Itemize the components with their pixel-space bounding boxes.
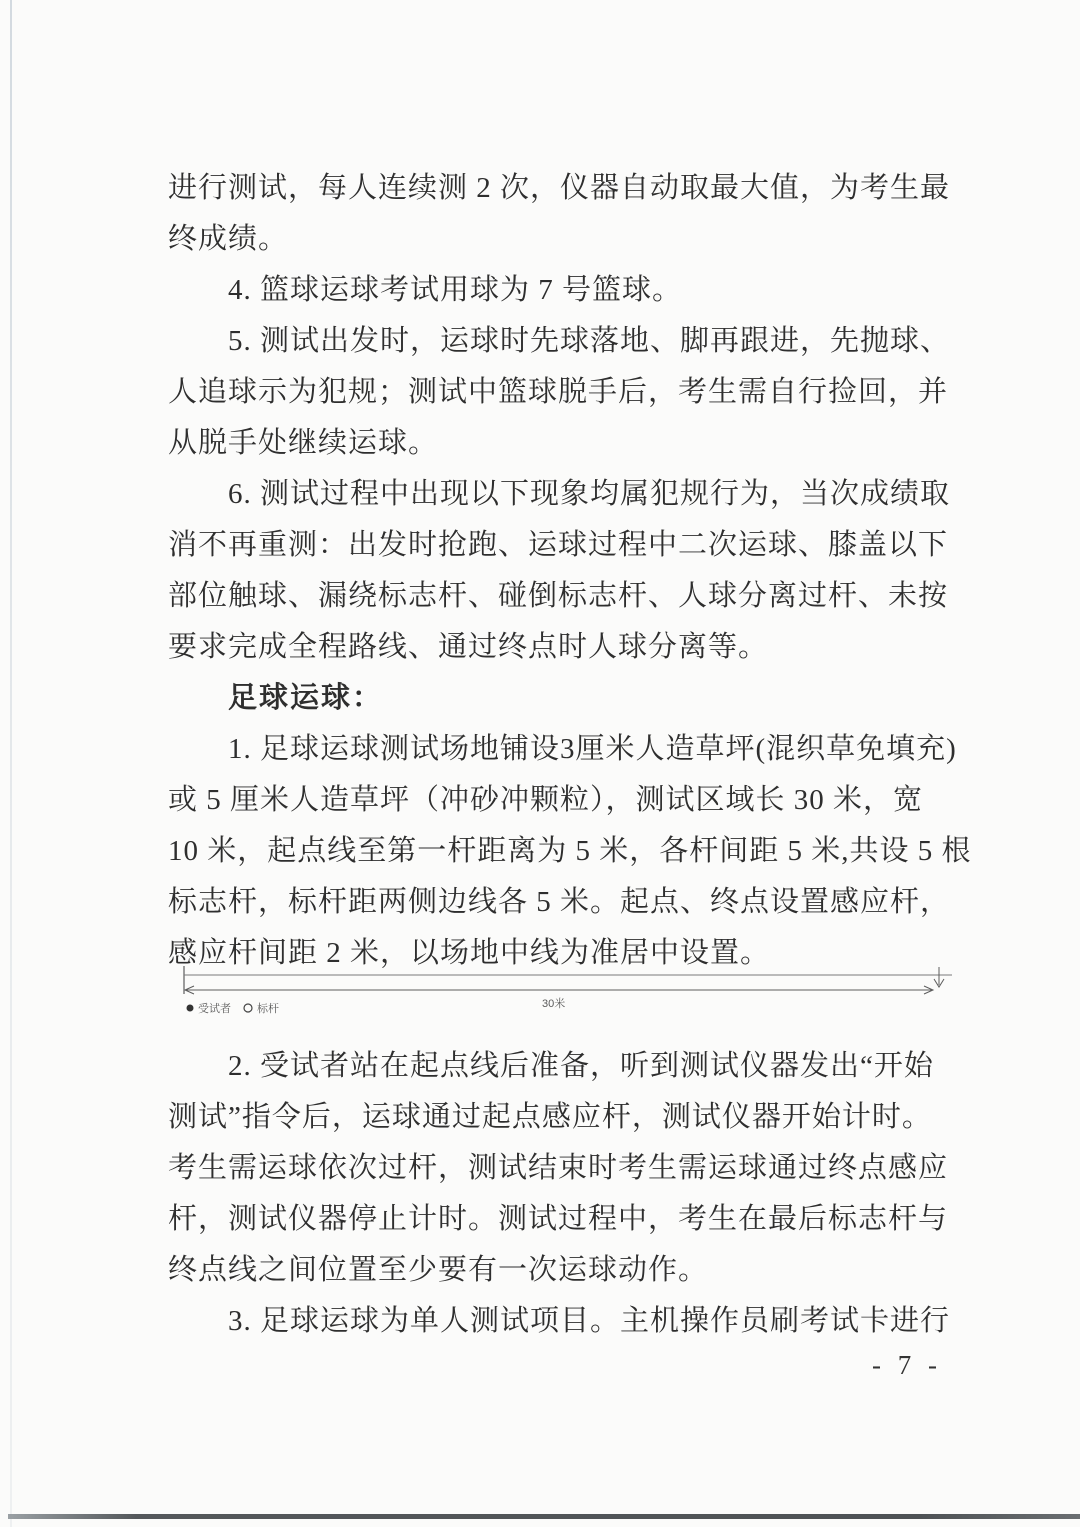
text-line: 10 米，起点线至第一杆距离为 5 米，各杆间距 5 米,共设 5 根 (168, 826, 952, 877)
text-line: 1. 足球运球测试场地铺设3厘米人造草坪(混织草免填充) (168, 724, 952, 775)
field-length-diagram: 30米 受试者 标杆 (180, 966, 960, 1021)
text-line: 5. 测试出发时，运球时先球落地、脚再跟进，先抛球、 (168, 316, 952, 367)
page-number: - 7 - (872, 1350, 942, 1381)
text-line: 4. 篮球运球考试用球为 7 号篮球。 (168, 265, 952, 316)
text-line: 6. 测试过程中出现以下现象均属犯规行为，当次成绩取 (168, 469, 952, 520)
examinee-dot-icon (187, 1005, 194, 1012)
text-line: 标志杆，标杆距两侧边线各 5 米。起点、终点设置感应杆， (168, 877, 952, 928)
text-line: 部位触球、漏绕标志杆、碰倒标志杆、人球分离过杆、未按 (168, 571, 952, 622)
text-line: 杆，测试仪器停止计时。测试过程中，考生在最后标志杆与 (168, 1194, 952, 1245)
text-line: 进行测试，每人连续测 2 次，仪器自动取最大值，为考生最 (168, 163, 952, 214)
text-line: 3. 足球运球为单人测试项目。主机操作员刷考试卡进行 (168, 1296, 952, 1347)
scanned-document-page: { "page": { "background_color": "#fbfbfa… (0, 0, 1080, 1527)
scan-edge-left (10, 0, 12, 1527)
text-line: 终点线之间位置至少要有一次运球动作。 (168, 1245, 952, 1296)
text-line: 从脱手处继续运球。 (168, 418, 952, 469)
text-line: 2. 受试者站在起点线后准备，听到测试仪器发出“开始 (168, 1041, 952, 1092)
text-line: 人追球示为犯规；测试中篮球脱手后，考生需自行捡回，并 (168, 367, 952, 418)
text-line: 考生需运球依次过杆，测试结束时考生需运球通过终点感应 (168, 1143, 952, 1194)
text-line: 终成绩。 (168, 214, 952, 265)
legend-pole-label: 标杆 (257, 1001, 279, 1015)
scan-edge-bottom (8, 1514, 1080, 1519)
pole-circle-icon (244, 1004, 252, 1012)
text-line: 或 5 厘米人造草坪（冲砂冲颗粒），测试区域长 30 米，宽 (168, 775, 952, 826)
text-line: 消不再重测：出发时抢跑、运球过程中二次运球、膝盖以下 (168, 520, 952, 571)
text-block-upper: 进行测试，每人连续测 2 次，仪器自动取最大值，为考生最 终成绩。 4. 篮球运… (168, 163, 952, 979)
section-heading-football-dribble: 足球运球： (168, 673, 952, 724)
legend-examinee-label: 受试者 (198, 1001, 231, 1015)
text-line: 要求完成全程路线、通过终点时人球分离等。 (168, 622, 952, 673)
text-block-lower: 2. 受试者站在起点线后准备，听到测试仪器发出“开始 测试”指令后，运球通过起点… (168, 1041, 952, 1347)
field-length-label: 30米 (542, 996, 565, 1010)
text-line: 测试”指令后，运球通过起点感应杆，测试仪器开始计时。 (168, 1092, 952, 1143)
